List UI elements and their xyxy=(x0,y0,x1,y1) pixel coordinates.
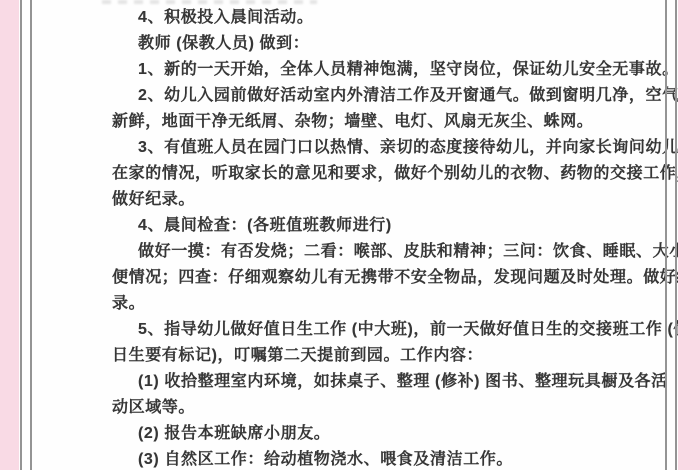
text-line: 动区域等。 xyxy=(112,395,598,421)
text-line: 2、幼儿入园前做好活动室内外清洁工作及开窗通气。做到窗明几净，空气 xyxy=(112,83,598,109)
text-line: 录。 xyxy=(112,291,598,317)
text-line: 4、晨间检查：(各班值班教师进行) xyxy=(112,213,598,239)
text-line: 做好一摸：有否发烧；二看：喉部、皮肤和精神；三问：饮食、睡眠、大小 xyxy=(112,239,598,265)
text-line: 日生要有标记)，叮嘱第二天提前到园。工作内容： xyxy=(112,343,598,369)
text-line: 在家的情况，听取家长的意见和要求，做好个别幼儿的衣物、药物的交接工作， xyxy=(112,161,598,187)
left-pink-margin-band xyxy=(0,0,19,470)
right-inner-border-rule xyxy=(665,0,667,470)
text-line: 5、指导幼儿做好值日生工作 (中大班)，前一天做好值日生的交接班工作 (值 xyxy=(112,317,598,343)
cutoff-previous-line-remnant xyxy=(102,0,317,4)
text-line: 新鲜，地面干净无纸屑、杂物；墙壁、电灯、风扇无灰尘、蛛网。 xyxy=(112,109,598,135)
text-line: (1) 收拾整理室内环境，如抹桌子、整理 (修补) 图书、整理玩具橱及各活 xyxy=(112,369,598,395)
text-line: 便情况；四查：仔细观察幼儿有无携带不安全物品，发现问题及时处理。做好纪 xyxy=(112,265,598,291)
text-line: (3) 自然区工作：给动植物浇水、喂食及清洁工作。 xyxy=(112,447,598,470)
page: { "colors": { "margin_band_pink": "#f9da… xyxy=(0,0,700,470)
left-inner-border-rule xyxy=(30,0,32,470)
left-outer-border-rule xyxy=(20,0,22,470)
text-line: (2) 报告本班缺席小朋友。 xyxy=(112,421,598,447)
text-line: 4、积极投入晨间活动。 xyxy=(112,5,598,31)
text-line: 3、有值班人员在园门口以热情、亲切的态度接待幼儿，并向家长询问幼儿 xyxy=(112,135,598,161)
text-line: 教师 (保教人员) 做到： xyxy=(112,31,598,57)
right-pink-margin-band xyxy=(678,0,700,470)
right-outer-border-rule xyxy=(675,0,677,470)
document-text-column: 4、积极投入晨间活动。 教师 (保教人员) 做到： 1、新的一天开始，全体人员精… xyxy=(112,5,598,470)
text-line: 1、新的一天开始，全体人员精神饱满，坚守岗位，保证幼儿安全无事故。 xyxy=(112,57,598,83)
text-line: 做好纪录。 xyxy=(112,187,598,213)
